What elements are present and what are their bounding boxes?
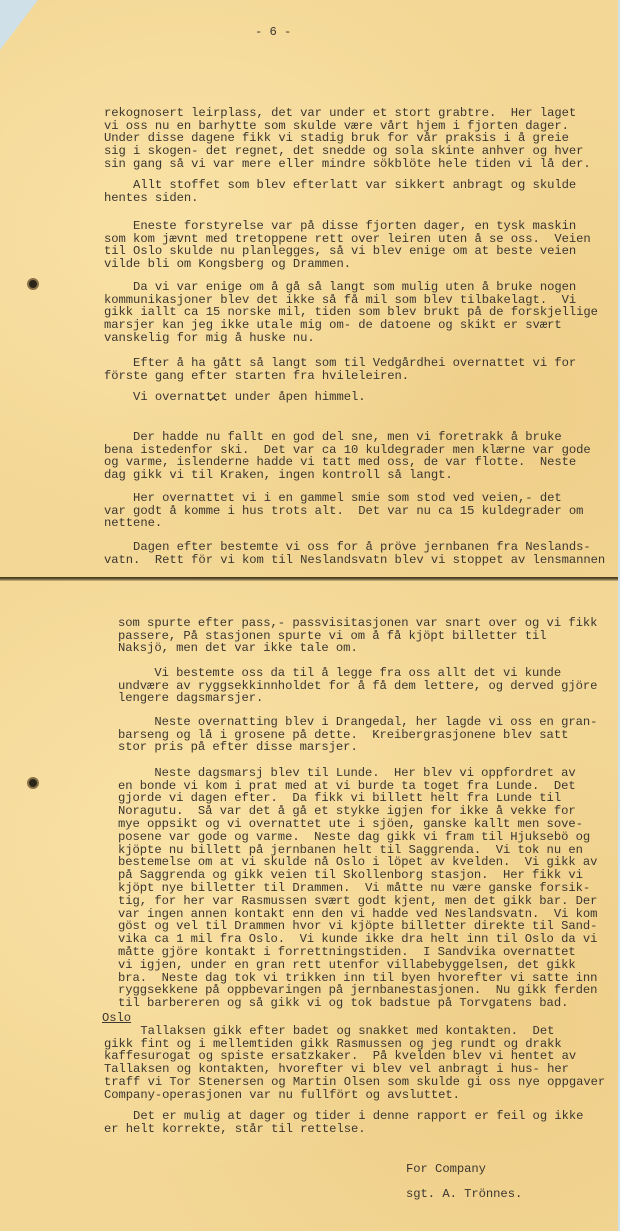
text-line: Da vi var enige om å gå så langt som mul… — [104, 281, 598, 294]
text-line: vanskelig for mig å huske nu. — [104, 332, 598, 345]
text-line: måtte gjöre kontakt i forrettningstiden.… — [118, 946, 597, 959]
text-line: Her overnattet vi i en gammel smie som s… — [104, 492, 583, 505]
text-line: posene var gode og varme. Neste dag gikk… — [118, 831, 597, 844]
text-line: Neste dagsmarsj blev til Lunde. Her blev… — [118, 767, 597, 780]
signature-name: sgt. A. Trönnes. — [406, 1188, 522, 1201]
text-line: vi igjen, under en gran rett utenfor vil… — [118, 959, 597, 972]
punch-hole-icon — [27, 777, 39, 789]
page-number: - 6 - — [255, 26, 291, 39]
text-line: til barbereren og så gikk vi og tok bads… — [118, 997, 597, 1010]
text-line: Det er mulig at dager og tider i denne r… — [104, 1110, 583, 1123]
paragraph-lunde: Neste dagsmarsj blev til Lunde. Her blev… — [118, 754, 597, 1023]
caret-mark: ^ — [208, 396, 219, 411]
text-line: Dagen efter bestemte vi oss for å pröve … — [104, 541, 605, 554]
paragraph-railway: Dagen efter bestemte vi oss for å pröve … — [104, 528, 605, 579]
text-line: vatn. Rett för vi kom til Neslandsvatn b… — [104, 554, 605, 567]
text-line: Neste overnatting blev i Drangedal, her … — [118, 716, 597, 729]
text-line: mye oppsikt og vi overnattet ute i sjöen… — [118, 818, 597, 831]
text-line: Allt stoffet som blev efterlatt var sikk… — [104, 179, 576, 192]
punch-hole-icon — [27, 278, 39, 290]
text-line: tig, for her var Rasmussen svært godt kj… — [118, 895, 597, 908]
text-line: traff vi Tor Stenersen og Martin Olsen s… — [104, 1076, 605, 1089]
text-line: Efter å ha gått så langt som til Vedgård… — [104, 357, 576, 370]
text-line: Tallaksen gikk efter badet og snakket me… — [104, 1025, 605, 1038]
paragraph-open-sky: Vi overnattet under åpen himmel. — [104, 378, 366, 416]
paragraph-disclaimer: Det er mulig at dager og tider i denne r… — [104, 1097, 583, 1148]
text-line: Der hadde nu fallt en god del sne, men v… — [104, 431, 591, 444]
text-line: Eneste forstyrelse var på disse fjorten … — [104, 220, 591, 233]
text-line: er helt korrekte, står til rettelse. — [104, 1123, 583, 1136]
text-line: Vi overnattet under åpen himmel. — [104, 391, 366, 404]
text-line: Vi bestemte oss da til å legge fra oss a… — [118, 667, 597, 680]
signature-for-company: For Company — [406, 1163, 486, 1176]
text-line: hentes siden. — [104, 192, 576, 205]
text-line: stor pris på efter disse marsjer. — [118, 741, 597, 754]
text-line: rekognosert leirplass, det var under et … — [104, 107, 591, 120]
text-line: kjöpt nye billetter til Drammen. Vi mått… — [118, 882, 597, 895]
text-line: var godt å komme i hus trots alt. Det va… — [104, 505, 583, 518]
text-line: som spurte efter pass,- passvisitasjonen… — [118, 617, 597, 630]
